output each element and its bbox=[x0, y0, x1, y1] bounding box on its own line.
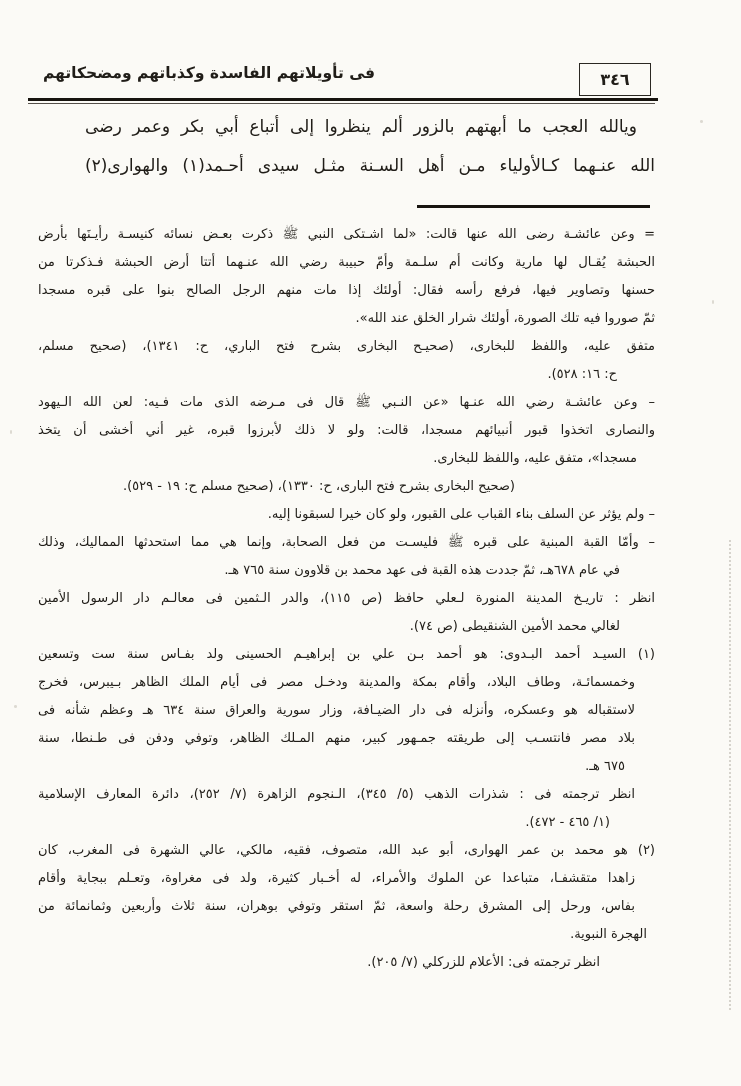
footnote-line: مسجدا»، متفق عليه، واللفظ للبخارى. bbox=[38, 445, 655, 473]
footnote-line: انظر ترجمته فى: الأعلام للزركلي (٧/ ٢٠٥)… bbox=[38, 949, 655, 977]
main-text-block: ويالله العجب ما أبهتهم بالزور ألم ينظروا… bbox=[85, 108, 655, 186]
scan-speck bbox=[14, 705, 17, 708]
book-page: فى تأويلاتهم الفاسدة وكذباتهم ومضحكاتهم … bbox=[0, 0, 741, 1086]
footnote-line: في عام ٦٧٨هـ، ثمّ جددت هذه القبة فى عهد … bbox=[38, 557, 655, 585]
page-number-box: ٣٤٦ bbox=[579, 63, 651, 96]
footnote-line: – وعن عائشـة رضي الله عنـها «عن النـبي ﷺ… bbox=[38, 389, 655, 417]
footnote-line: (١) السيـد أحمد البـدوى: هو أحمد بـن علي… bbox=[38, 641, 655, 669]
running-header-title: فى تأويلاتهم الفاسدة وكذباتهم ومضحكاتهم bbox=[42, 64, 376, 82]
footnote-line: حسنها وتصاوير فيها، فرفع رأسه فقال: أولئ… bbox=[38, 277, 655, 305]
footnotes-block: = وعن عائشـة رضى الله عنها قالت: «لما اش… bbox=[38, 221, 655, 977]
footnote-line: انظر ترجمته فى : شذرات الذهب (٥/ ٣٤٥)، ا… bbox=[38, 781, 655, 809]
scan-speck bbox=[712, 300, 714, 304]
footnote-line: ٦٧٥ هـ. bbox=[38, 753, 655, 781]
footnote-line: والنصارى اتخذوا قبور أنبيائهم مسجدا، قال… bbox=[38, 417, 655, 445]
body-text-line: ويالله العجب ما أبهتهم بالزور ألم ينظروا… bbox=[85, 108, 655, 147]
footnote-line: – وأمّا القبة المبنية على قبره ﷺ فليسـت … bbox=[38, 529, 655, 557]
footnote-line: ح: ١٦: ٥٢٨). bbox=[38, 361, 655, 389]
footnote-line: الحبشة يُقـال لها مارية وكانت أم سلـمة و… bbox=[38, 249, 655, 277]
footnote-separator-rule bbox=[417, 205, 650, 208]
footnote-line: = وعن عائشـة رضى الله عنها قالت: «لما اش… bbox=[38, 221, 655, 249]
footnote-line: الهجرة النبوية. bbox=[38, 921, 655, 949]
footnote-line: لاستقباله هو وعسكره، وأنزله فى دار الضيـ… bbox=[38, 697, 655, 725]
footnote-line: انظر : تاريـخ المدينة المنورة لـعلي حافظ… bbox=[38, 585, 655, 613]
header-rule-thin bbox=[28, 103, 655, 104]
page-number: ٣٤٦ bbox=[600, 70, 629, 89]
footnote-line: بلاد مصر فانتسـب إلى طريقته جمـهور كبير،… bbox=[38, 725, 655, 753]
footnote-line: زاهدا متقشفـا، متباعدا عن الملوك والأمرا… bbox=[38, 865, 655, 893]
footnote-line: ثمّ صوروا فيه تلك الصورة، أولئك شرار الخ… bbox=[38, 305, 655, 333]
footnote-line: (١/ ٤٦٥ - ٤٧٢). bbox=[38, 809, 655, 837]
scan-noise-artifact bbox=[729, 540, 731, 1010]
body-text-line: الله عنـهما كـالأولياء مـن أهل السـنة مث… bbox=[85, 147, 655, 186]
header-rule bbox=[28, 98, 658, 101]
footnote-line: – ولم يؤثر عن السلف بناء القباب على القب… bbox=[38, 501, 655, 529]
footnote-line: (صحيح البخارى بشرح فتح البارى، ح: ١٣٣٠)،… bbox=[38, 473, 655, 501]
footnote-line: بفاس، ورحل إلى المشرق رحلة واسعة، ثمّ اس… bbox=[38, 893, 655, 921]
footnote-line: لغالي محمد الأمين الشنقيطى (ص ٧٤). bbox=[38, 613, 655, 641]
footnote-line: وخمسمائـة، وطاف البلاد، وأقام بمكة والمد… bbox=[38, 669, 655, 697]
footnote-line: (٢) هو محمد بن عمر الهوارى، أبو عبد الله… bbox=[38, 837, 655, 865]
footnote-line: متفق عليه، واللفظ للبخارى، (صحيـح البخار… bbox=[38, 333, 655, 361]
scan-speck bbox=[700, 120, 703, 123]
scan-speck bbox=[10, 430, 12, 434]
